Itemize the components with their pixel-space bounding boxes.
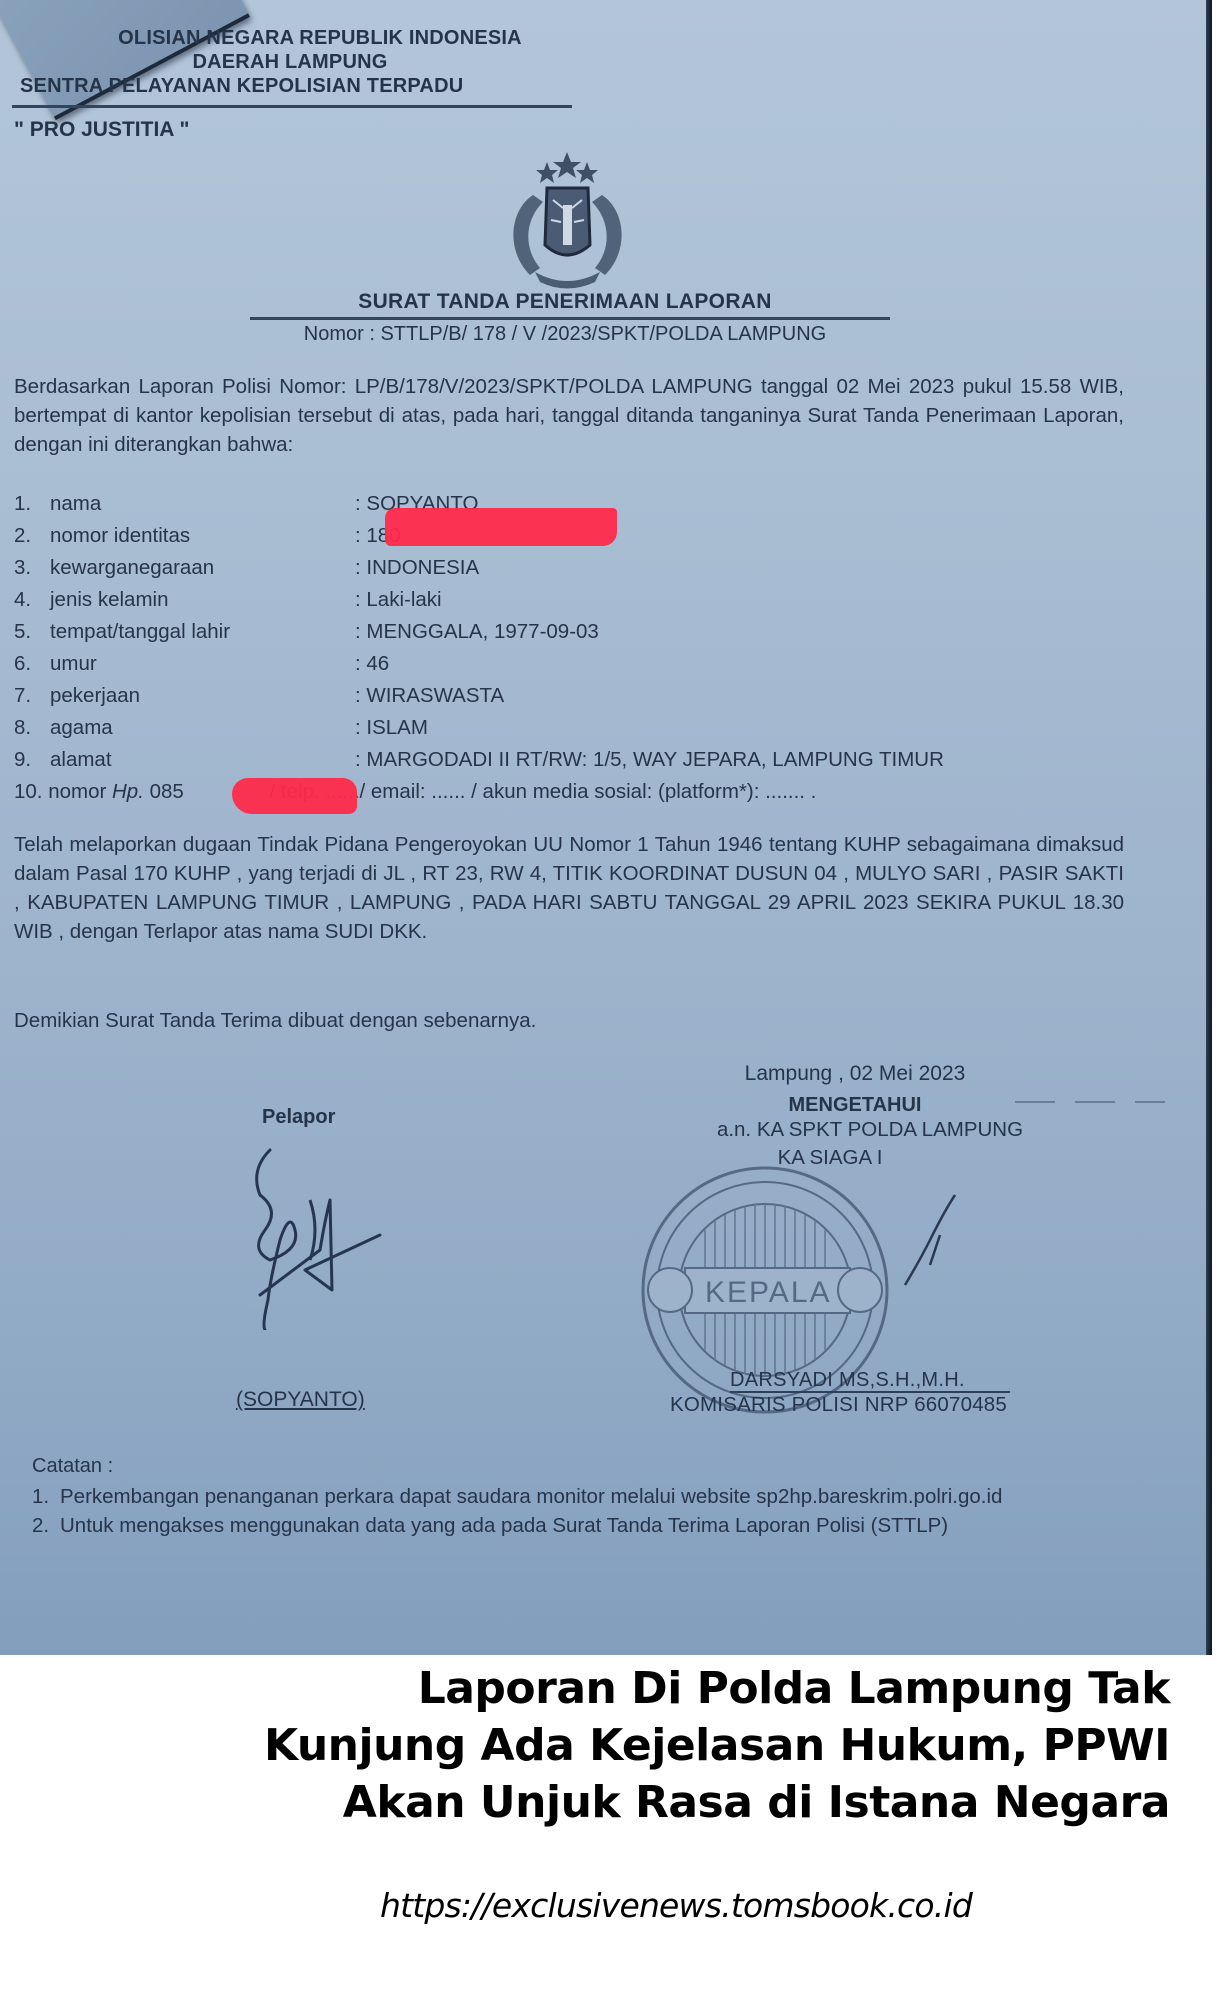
field-row: 6.umur: 46 — [14, 648, 1164, 680]
pro-justitia: " PRO JUSTITIA " — [14, 118, 190, 142]
report-paragraph: Telah melaporkan dugaan Tindak Pidana Pe… — [14, 830, 1124, 946]
field-label: jenis kelamin — [50, 588, 355, 612]
place-date: Lampung , 02 Mei 2023 — [690, 1062, 1020, 1086]
redaction-mark-id-number — [385, 508, 617, 546]
field-label: tempat/tanggal lahir — [50, 620, 355, 644]
title-underline — [250, 317, 890, 320]
headline-line: Akan Unjuk Rasa di Istana Negara — [100, 1774, 1170, 1831]
field-label: nama — [50, 492, 355, 516]
officer-rank: KOMISARIS POLISI NRP 66070485 — [670, 1393, 1007, 1417]
field-row: 8.agama: ISLAM — [14, 712, 1164, 744]
letterhead: OLISIAN NEGARA REPUBLIK INDONESIA DAERAH… — [20, 26, 560, 98]
on-behalf-of: a.n. KA SPKT POLDA LAMPUNG — [670, 1118, 1070, 1142]
field-row: 4.jenis kelamin: Laki-laki — [14, 584, 1164, 616]
faint-line — [1015, 1101, 1165, 1103]
field-value: : WIRASWASTA — [355, 684, 1164, 708]
photo-edge-shadow — [1206, 0, 1212, 1655]
field-label: kewarganegaraan — [50, 556, 355, 580]
letterhead-divider — [12, 105, 572, 108]
field-value: : Laki-laki — [355, 588, 1164, 612]
news-headline: Laporan Di Polda Lampung Tak Kunjung Ada… — [100, 1660, 1170, 1831]
field-label: alamat — [50, 748, 355, 772]
intro-paragraph: Berdasarkan Laporan Polisi Nomor: LP/B/1… — [14, 372, 1124, 459]
field-label: agama — [50, 716, 355, 740]
reporter-label: Pelapor — [262, 1106, 335, 1129]
redaction-mark-phone — [232, 778, 357, 814]
reporter-name: (SOPYANTO) — [236, 1388, 365, 1412]
letterhead-line2: DAERAH LAMPUNG — [20, 50, 560, 74]
field-value: : INDONESIA — [355, 556, 1164, 580]
officer-signature — [900, 1190, 960, 1310]
field-value: : 46 — [355, 652, 1164, 676]
closing-statement: Demikian Surat Tanda Terima dibuat denga… — [14, 1006, 1124, 1035]
police-crest-icon — [495, 150, 640, 290]
svg-text:KEPALA: KEPALA — [705, 1276, 832, 1309]
document-title: SURAT TANDA PENERIMAAN LAPORAN — [245, 290, 885, 314]
headline-line: Laporan Di Polda Lampung Tak — [100, 1660, 1170, 1717]
note-item: 1.Perkembangan penanganan perkara dapat … — [32, 1482, 1082, 1511]
document-photo: OLISIAN NEGARA REPUBLIK INDONESIA DAERAH… — [0, 0, 1212, 1655]
headline-line: Kunjung Ada Kejelasan Hukum, PPWI — [100, 1717, 1170, 1774]
field-label: pekerjaan — [50, 684, 355, 708]
source-url: https://exclusivenews.tomsbook.co.id — [380, 1886, 972, 1925]
notes-list: 1.Perkembangan penanganan perkara dapat … — [32, 1482, 1082, 1540]
officer-name: DARSYADI MS,S.H.,M.H. — [730, 1369, 965, 1392]
letterhead-line1: OLISIAN NEGARA REPUBLIK INDONESIA — [20, 26, 560, 50]
field-row: 5.tempat/tanggal lahir: MENGGALA, 1977-0… — [14, 616, 1164, 648]
field-row: 7.pekerjaan: WIRASWASTA — [14, 680, 1164, 712]
acknowledged-label: MENGETAHUI — [690, 1094, 1020, 1117]
field-value: : MENGGALA, 1977-09-03 — [355, 620, 1164, 644]
field-value: : MARGODADI II RT/RW: 1/5, WAY JEPARA, L… — [355, 748, 1164, 772]
contact-row: 10. nomor Hp. 085 / telp. ....../ email:… — [14, 776, 1164, 808]
field-label: umur — [50, 652, 355, 676]
field-value: : ISLAM — [355, 716, 1164, 740]
field-label: nomor identitas — [50, 524, 355, 548]
field-row: 3.kewarganegaraan: INDONESIA — [14, 552, 1164, 584]
letterhead-line3: SENTRA PELAYANAN KEPOLISIAN TERPADU — [20, 74, 560, 98]
field-row: 9.alamat: MARGODADI II RT/RW: 1/5, WAY J… — [14, 744, 1164, 776]
document-number: Nomor : STTLP/B/ 178 / V /2023/SPKT/POLD… — [245, 323, 885, 346]
reporter-signature — [240, 1140, 410, 1330]
note-item: 2.Untuk mengakses menggunakan data yang … — [32, 1511, 1082, 1540]
notes-title: Catatan : — [32, 1455, 113, 1478]
